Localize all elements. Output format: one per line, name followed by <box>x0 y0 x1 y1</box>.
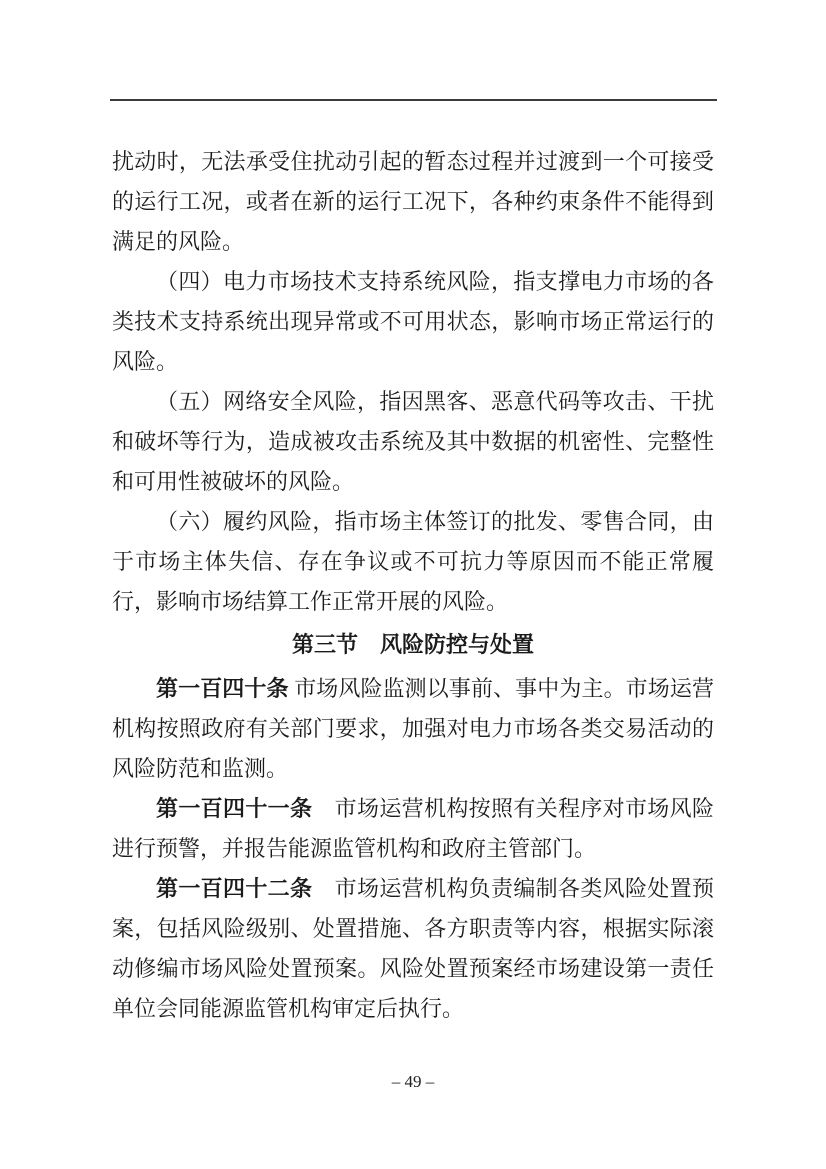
paragraph-article-140: 第一百四十条 市场风险监测以事前、事中为主。市场运营机构按照政府有关部门要求，加… <box>112 669 714 789</box>
paragraph-item-4: （四）电力市场技术支持系统风险，指支撑电力市场的各类技术支持系统出现异常或不可用… <box>112 262 714 382</box>
page-footer: – 49 – <box>0 1070 826 1094</box>
paragraph-item-6: （六）履约风险，指市场主体签订的批发、零售合同，由于市场主体失信、存在争议或不可… <box>112 502 714 622</box>
paragraph-item-5: （五）网络安全风险，指因黑客、恶意代码等攻击、干扰和破坏等行为，造成被攻击系统及… <box>112 382 714 502</box>
article-141-number: 第一百四十一条 <box>156 796 312 821</box>
paragraph-continuation: 扰动时，无法承受住扰动引起的暂态过程并过渡到一个可接受的运行工况，或者在新的运行… <box>112 142 714 262</box>
paragraph-article-142: 第一百四十二条 市场运营机构负责编制各类风险处置预案，包括风险级别、处置措施、各… <box>112 869 714 1029</box>
header-rule <box>110 99 717 101</box>
section-heading: 第三节 风险防控与处置 <box>112 625 714 665</box>
article-142-number: 第一百四十二条 <box>156 876 312 901</box>
document-page: 扰动时，无法承受住扰动引起的暂态过程并过渡到一个可接受的运行工况，或者在新的运行… <box>0 0 826 1169</box>
article-140-number: 第一百四十条 <box>156 676 289 701</box>
page-number: – 49 – <box>392 1072 435 1091</box>
paragraph-article-141: 第一百四十一条 市场运营机构按照有关程序对市场风险进行预警，并报告能源监管机构和… <box>112 789 714 869</box>
page-content: 扰动时，无法承受住扰动引起的暂态过程并过渡到一个可接受的运行工况，或者在新的运行… <box>112 142 714 1029</box>
